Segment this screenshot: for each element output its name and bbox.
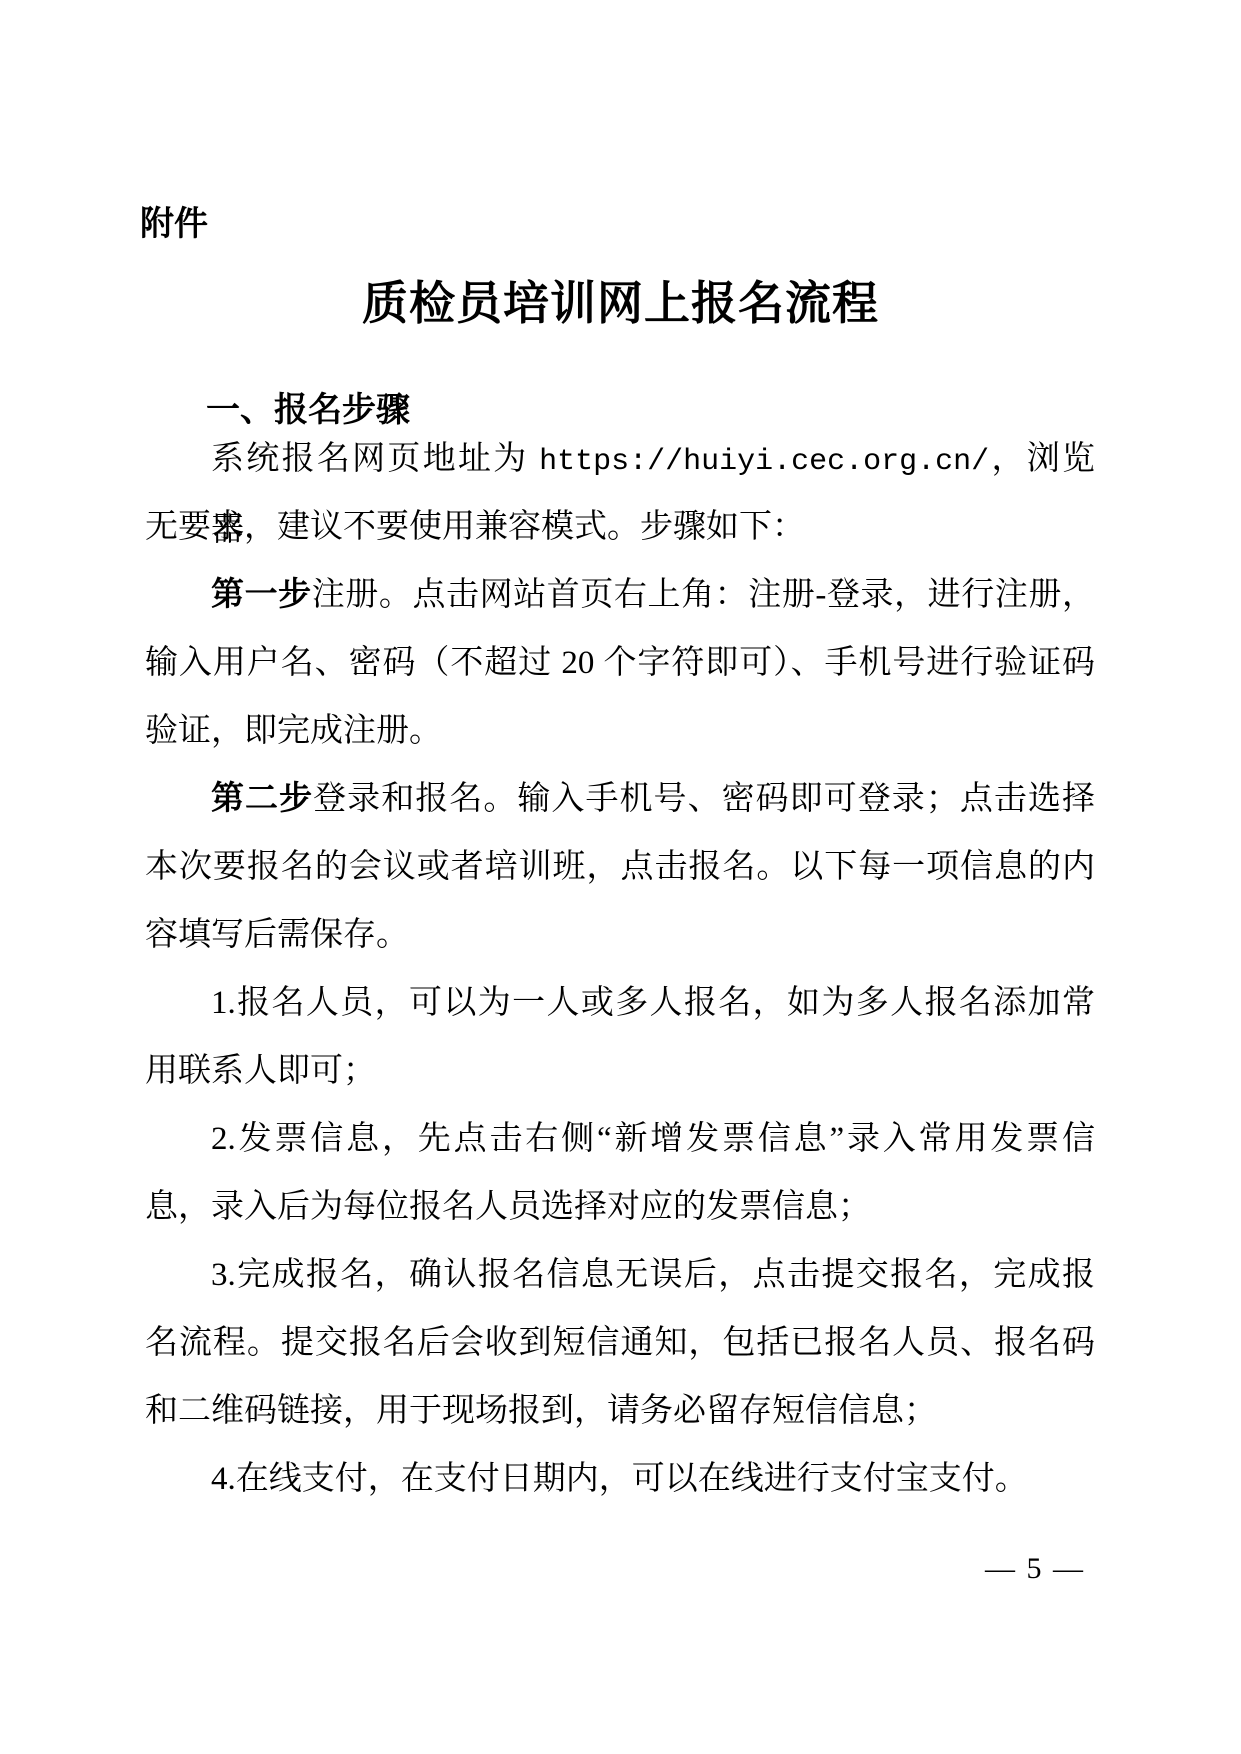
body-line: 息，录入后为每位报名人员选择对应的发票信息； (145, 1173, 1095, 1241)
body-text: 系统报名网页地址为 https://huiyi.cec.org.cn/，浏览器 … (145, 425, 1095, 1513)
document-page: 附件 质检员培训网上报名流程 一、报名步骤 系统报名网页地址为 https://… (0, 0, 1241, 1754)
step-one-label: 第一步 (211, 577, 312, 613)
body-line: 本次要报名的会议或者培训班，点击报名。以下每一项信息的内 (145, 833, 1095, 901)
section-heading: 一、报名步骤 (206, 382, 410, 431)
body-line list-item-3: 3.完成报名，确认报名信息无误后，点击提交报名，完成报 (145, 1241, 1095, 1309)
body-line: 第二步登录和报名。输入手机号、密码即可登录；点击选择 (145, 765, 1095, 833)
body-line: 容填写后需保存。 (145, 901, 1095, 969)
body-line: 和二维码链接，用于现场报到，请务必留存短信信息； (145, 1377, 1095, 1445)
line-text: 系统报名网页地址为 (211, 441, 539, 477)
body-line: 输入用户名、密码（不超过 20 个字符即可）、手机号进行验证码 (145, 629, 1095, 697)
line-text: 登录和报名。输入手机号、密码即可登录；点击选择 (313, 781, 1095, 817)
body-line: 名流程。提交报名后会收到短信通知，包括已报名人员、报名码 (145, 1309, 1095, 1377)
body-line: 验证，即完成注册。 (145, 697, 1095, 765)
step-two-label: 第二步 (211, 781, 313, 817)
body-line: 第一步注册。点击网站首页右上角：注册-登录，进行注册， (145, 561, 1095, 629)
registration-url: https://huiyi.cec.org.cn/ (539, 445, 989, 479)
body-line: 用联系人即可； (145, 1037, 1095, 1105)
body-line: 无要求，建议不要使用兼容模式。步骤如下： (145, 493, 1095, 561)
body-line list-item-4: 4.在线支付，在支付日期内，可以在线进行支付宝支付。 (145, 1445, 1095, 1513)
body-line list-item-2: 2.发票信息，先点击右侧“新增发票信息”录入常用发票信 (145, 1105, 1095, 1173)
line-text: 注册。点击网站首页右上角：注册-登录，进行注册， (312, 577, 1095, 613)
page-number: — 5 — (985, 1552, 1085, 1586)
body-line: 系统报名网页地址为 https://huiyi.cec.org.cn/，浏览器 (145, 425, 1095, 493)
page-title: 质检员培训网上报名流程 (0, 276, 1241, 332)
body-line list-item-1: 1.报名人员，可以为一人或多人报名，如为多人报名添加常 (145, 969, 1095, 1037)
attachment-label: 附件 (140, 196, 208, 245)
